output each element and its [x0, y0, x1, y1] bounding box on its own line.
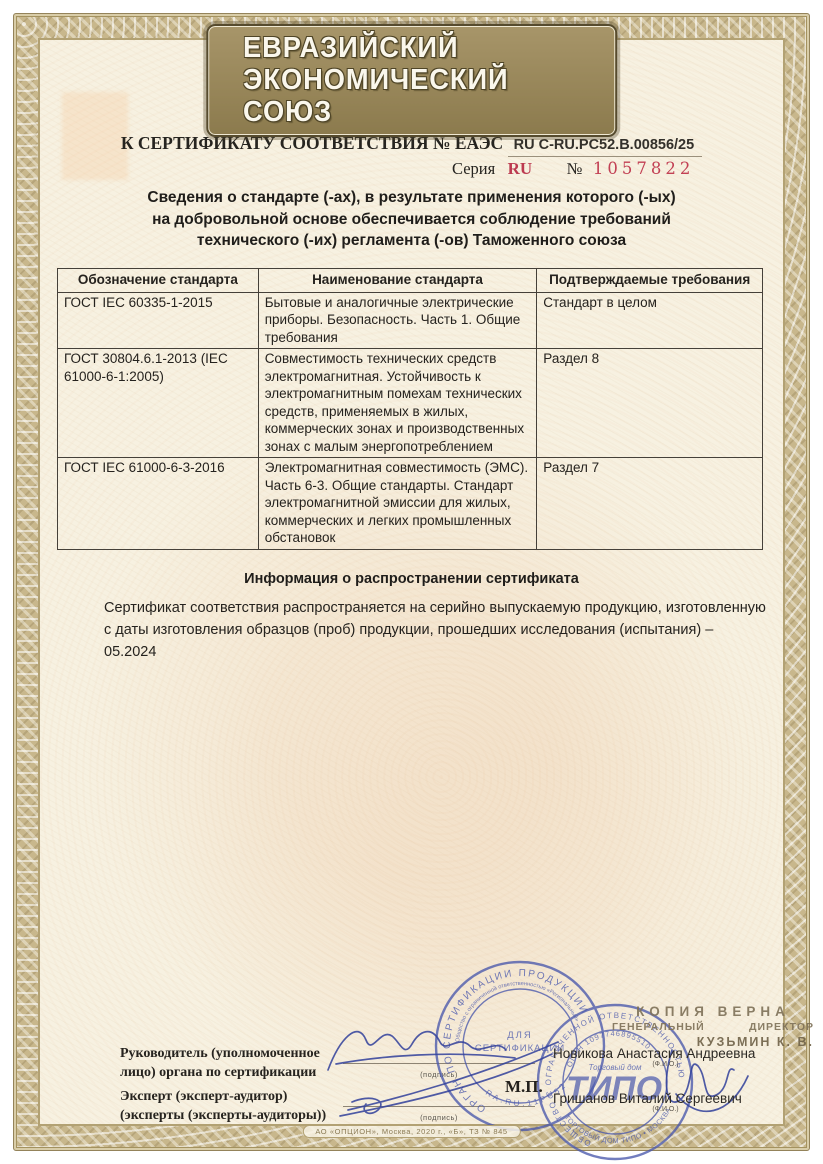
expert-name: Гришанов Виталий Сергеевич: [553, 1091, 778, 1106]
certificate-number: RU C-RU.PC52.B.00856/25: [508, 137, 703, 157]
distribution-title: Информация о распространении сертификата: [0, 571, 823, 587]
std-designation: ГОСТ IEC 61000-6-3-2016: [58, 458, 259, 550]
standards-intro-text: Сведения о стандарте (-ах), в результате…: [0, 187, 823, 252]
std-requirements: Стандарт в целом: [537, 292, 763, 349]
series-label: Серия: [452, 159, 495, 178]
table-row: ГОСТ IEC 61000-6-3-2016 Электромагнитная…: [58, 458, 763, 550]
col-header-name: Наименование стандарта: [258, 269, 537, 293]
std-designation: ГОСТ IEC 60335-1-2015: [58, 292, 259, 349]
series-row: Серия RU № 1057822: [452, 159, 694, 179]
col-header-designation: Обозначение стандарта: [58, 269, 259, 293]
signature-2: [348, 1042, 558, 1110]
table-header-row: Обозначение стандарта Наименование станд…: [58, 269, 763, 293]
table-row: ГОСТ IEC 60335-1-2015 Бытовые и аналогич…: [58, 292, 763, 349]
std-requirements: Раздел 8: [537, 349, 763, 458]
series-value: RU: [508, 159, 533, 178]
std-requirements: Раздел 7: [537, 458, 763, 550]
fio-caption: (Ф.И.О.): [553, 1061, 778, 1068]
standards-table: Обозначение стандарта Наименование станд…: [57, 268, 763, 550]
union-name: ЕВРАЗИЙСКИЙ ЭКОНОМИЧЕСКИЙ СОЮЗ: [243, 32, 581, 128]
certificate-page: ЕВРАЗИЙСКИЙ ЭКОНОМИЧЕСКИЙ СОЮЗ ПРИЛОЖЕНИ…: [0, 0, 823, 1164]
head-name: Новикова Анастасия Андреевна: [553, 1046, 778, 1061]
seal-place-label: М.П.: [505, 1077, 543, 1097]
signature-1: [328, 1032, 506, 1070]
std-name: Бытовые и аналогичные электрические приб…: [258, 292, 537, 349]
std-name: Совместимость технических средств электр…: [258, 349, 537, 458]
col-header-requirements: Подтверждаемые требования: [537, 269, 763, 293]
table-row: ГОСТ 30804.6.1-2013 (IEC 61000-6-1:2005)…: [58, 349, 763, 458]
number-sign: №: [567, 159, 583, 178]
printer-imprint: АО «ОПЦИОН», Москва, 2020 г., «Б», ТЗ № …: [302, 1125, 520, 1138]
signature-1-flourish: [336, 1054, 515, 1064]
std-name: Электромагнитная совместимость (ЭМС). Ча…: [258, 458, 537, 550]
blank-number: 1057822: [593, 159, 695, 178]
union-plaque: ЕВРАЗИЙСКИЙ ЭКОНОМИЧЕСКИЙ СОЮЗ: [206, 24, 618, 137]
distribution-text: Сертификат соответствия распространяется…: [104, 597, 766, 663]
std-designation: ГОСТ 30804.6.1-2013 (IEC 61000-6-1:2005): [58, 349, 259, 458]
fio-caption: (Ф.И.О.): [553, 1106, 778, 1113]
